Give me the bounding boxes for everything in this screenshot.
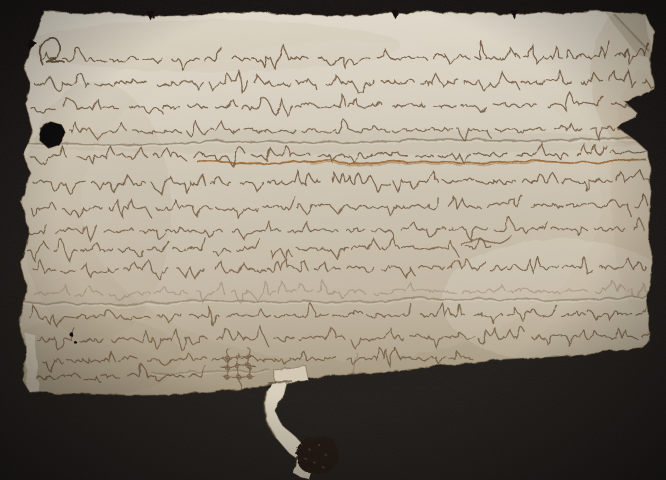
vignette (0, 0, 666, 480)
photo-stage (0, 0, 666, 480)
charter-scan (0, 0, 666, 480)
